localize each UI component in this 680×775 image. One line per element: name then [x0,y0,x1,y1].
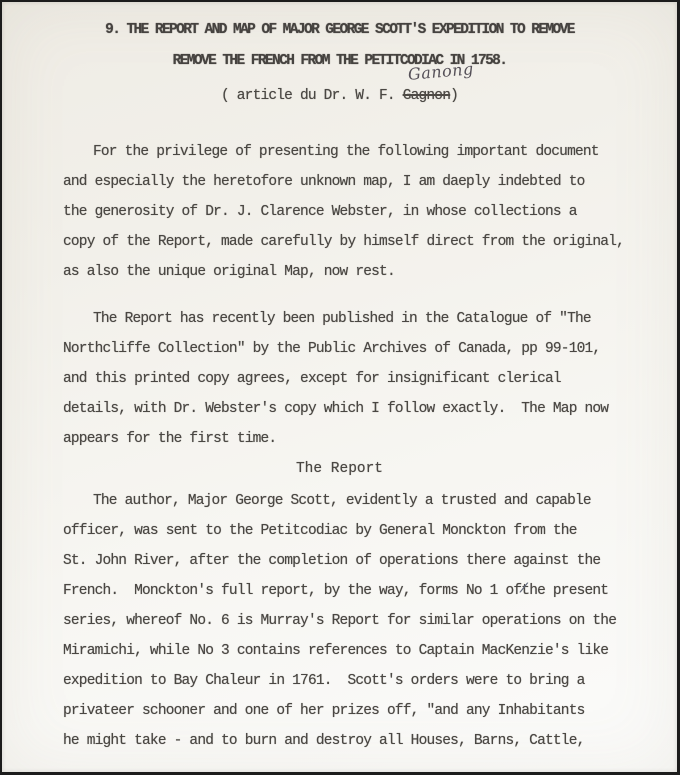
text-line: expedition to Bay Chaleur in 1761. Scott… [63,666,677,696]
text-line: privateer schooner and one of her prizes… [63,696,677,726]
text-line: copy of the Report, made carefully by hi… [63,227,677,257]
text-line: appears for the first time. [63,424,677,454]
document-title-block: 9. THE REPORT AND MAP OF MAJOR GEORGE SC… [2,15,677,111]
section-heading: The Report [2,454,677,484]
paragraph-2: The Report has recently been published i… [63,304,677,454]
text-line: St. John River, after the completion of … [63,546,677,576]
text-line: For the privilege of presenting the foll… [63,137,677,167]
text-line: The author, Major George Scott, evidentl… [63,486,677,516]
text-line: The Report has recently been published i… [63,304,677,334]
text-line: details, with Dr. Webster's copy which I… [63,394,677,424]
text-line-with-inserted-slash: French. Monckton's full report, by the w… [63,576,677,606]
line-segment: the present [521,583,608,599]
paragraph-1: For the privilege of presenting the foll… [63,137,677,287]
text-line: series, whereof No. 6 is Murray's Report… [63,606,677,636]
document-byline: ( article du Dr. W. F. GagnonGanong) [2,81,677,111]
struck-out-name: GagnonGanong [403,81,450,111]
text-line: officer, was sent to the Petitcodiac by … [63,516,677,546]
handwritten-correction: Ganong [407,61,474,83]
text-line: Miramichi, while No 3 contains reference… [63,636,677,666]
struck-out-name-text: Gagnon [403,88,450,104]
document-title-line-1: 9. THE REPORT AND MAP OF MAJOR GEORGE SC… [2,15,677,46]
text-line: the generosity of Dr. J. Clarence Webste… [63,197,677,227]
text-line: and especially the heretofore unknown ma… [63,167,677,197]
text-line: Northcliffe Collection" by the Public Ar… [63,334,677,364]
line-segment: French. Monckton's full report, by the w… [63,583,521,599]
byline-suffix: ) [450,88,458,104]
document-title-line-2: REMOVE THE FRENCH FROM THE PETITCODIAC I… [2,46,677,77]
text-line: and this printed copy agrees, except for… [63,364,677,394]
text-line: he might take - and to burn and destroy … [63,726,677,756]
paragraph-3: The author, Major George Scott, evidentl… [63,486,677,756]
scanned-typescript-page: 9. THE REPORT AND MAP OF MAJOR GEORGE SC… [0,0,680,775]
byline-prefix: ( article du Dr. W. F. [221,88,403,104]
text-line: as also the unique original Map, now res… [63,257,677,287]
